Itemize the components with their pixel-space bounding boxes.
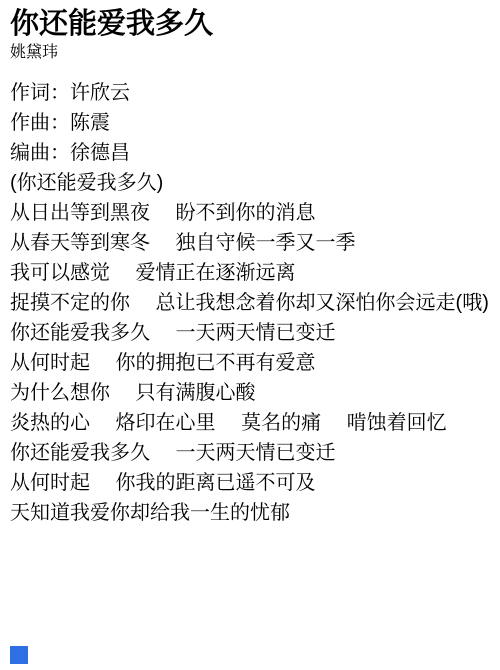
lyric-line: 从日出等到黑夜 盼不到你的消息 <box>10 198 500 228</box>
credit-line: 作曲：陈震 <box>10 108 500 138</box>
lyric-line: 为什么想你 只有满腹心酸 <box>10 378 500 408</box>
lyric-line: 炎热的心 烙印在心里 莫名的痛 啃蚀着回忆 <box>10 408 500 438</box>
lyric-line: 从何时起 你我的距离已遥不可及 <box>10 468 500 498</box>
lyric-line: 你还能爱我多久 一天两天情已变迁 <box>10 438 500 468</box>
lyric-line: 我可以感觉 爱情正在逐渐远离 <box>10 258 500 288</box>
song-title: 你还能爱我多久 <box>10 6 500 42</box>
lyric-line: 从何时起 你的拥抱已不再有爱意 <box>10 348 500 378</box>
credits-block: 作词：许欣云作曲：陈震编曲：徐德昌 <box>10 78 500 168</box>
lyric-line: 你还能爱我多久 一天两天情已变迁 <box>10 318 500 348</box>
blue-square-icon <box>10 646 28 664</box>
credit-line: 作词：许欣云 <box>10 78 500 108</box>
lyric-line: (你还能爱我多久) <box>10 168 500 198</box>
lyrics-block: (你还能爱我多久)从日出等到黑夜 盼不到你的消息从春天等到寒冬 独自守候一季又一… <box>10 168 500 528</box>
artist-name: 姚黛玮 <box>10 42 500 64</box>
lyric-line: 捉摸不定的你 总让我想念着你却又深怕你会远走(哦) <box>10 288 500 318</box>
lyric-line: 从春天等到寒冬 独自守候一季又一季 <box>10 228 500 258</box>
lyrics-page: 你还能爱我多久 姚黛玮 作词：许欣云作曲：陈震编曲：徐德昌 (你还能爱我多久)从… <box>0 0 500 528</box>
credit-line: 编曲：徐德昌 <box>10 138 500 168</box>
lyric-line: 天知道我爱你却给我一生的忧郁 <box>10 498 500 528</box>
